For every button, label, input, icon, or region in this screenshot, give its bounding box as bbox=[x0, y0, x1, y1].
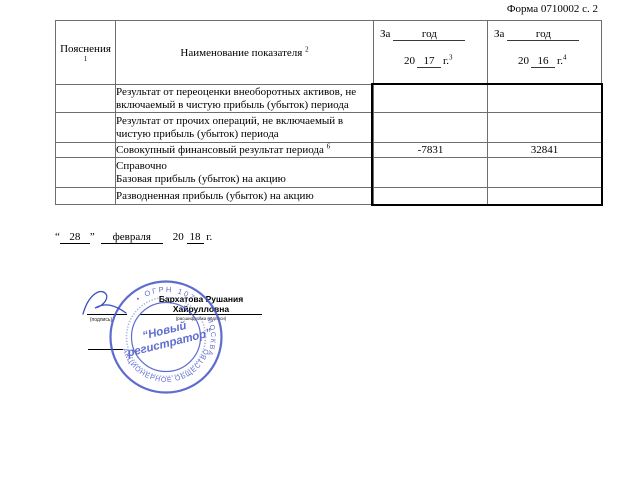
year-value: 17 bbox=[417, 55, 441, 68]
year-line-2017: 2017г.3 bbox=[374, 41, 487, 68]
date-century: 20 bbox=[173, 231, 184, 243]
document-page: Форма 0710002 с. 2 Пояснения 1 Наименова… bbox=[0, 0, 623, 489]
value-2016-cell bbox=[488, 85, 602, 113]
form-number-label: Форма 0710002 с. 2 bbox=[507, 3, 598, 15]
close-quote: ” bbox=[90, 231, 95, 243]
header-indicator-name: Наименование показателя 2 bbox=[116, 21, 374, 85]
signer-name-line2: Хайрулловна bbox=[173, 304, 229, 314]
value-2016-cell: 32841 bbox=[488, 143, 602, 158]
value-2017-cell bbox=[374, 85, 488, 113]
name-underline bbox=[140, 314, 262, 315]
footnote-marker-2: 2 bbox=[305, 45, 309, 53]
period-line-2017: Загод bbox=[374, 21, 487, 41]
explanations-cell bbox=[56, 188, 116, 205]
table-row: Результат от переоценки внеоборотных акт… bbox=[56, 85, 602, 113]
footnote-marker-3: 3 bbox=[449, 53, 453, 61]
signature-line bbox=[87, 314, 127, 315]
header-explanations-label: Пояснения bbox=[56, 43, 115, 55]
signer-name-line1: Бархатова Рушания bbox=[159, 294, 243, 304]
table-row: Совокупный финансовый результат периода … bbox=[56, 143, 602, 158]
explanations-cell bbox=[56, 85, 116, 113]
svg-text:“Новый: “Новый bbox=[141, 320, 187, 342]
stamp-company-type-text: АКЦИОНЕРНОЕ ОБЩЕСТВО bbox=[121, 348, 212, 384]
header-period-2016: Загод 2016г.4 bbox=[488, 21, 602, 85]
indicator-text: Разводненная прибыль (убыток) на акцию bbox=[116, 190, 314, 202]
signature-caption: (подпись) bbox=[78, 317, 124, 323]
year-line-2016: 2016г.4 bbox=[488, 41, 601, 68]
footnote-marker-1: 1 bbox=[56, 55, 115, 63]
value-2016-cell bbox=[488, 158, 602, 188]
value-2017-cell bbox=[374, 188, 488, 205]
table-row: Разводненная прибыль (убыток) на акцию bbox=[56, 188, 602, 205]
period-line-2016: Загод bbox=[488, 21, 601, 41]
indicator-name-cell: Результат от переоценки внеоборотных акт… bbox=[116, 85, 374, 113]
date-day: 28 bbox=[60, 231, 90, 244]
svg-text:АКЦИОНЕРНОЕ ОБЩЕСТВО: АКЦИОНЕРНОЕ ОБЩЕСТВО bbox=[121, 348, 212, 384]
stamp-city-text: МОСКВА bbox=[205, 316, 216, 357]
indicator-name-cell: Разводненная прибыль (убыток) на акцию bbox=[116, 188, 374, 205]
explanations-cell bbox=[56, 158, 116, 188]
indicator-text: Результат от переоценки внеоборотных акт… bbox=[116, 86, 356, 111]
za-label: За bbox=[380, 28, 390, 40]
date-month: февраля bbox=[101, 231, 163, 244]
footnote-marker-6: 6 bbox=[327, 143, 331, 150]
value-2016-cell bbox=[488, 188, 602, 205]
explanations-cell bbox=[56, 113, 116, 143]
date-year: 18 bbox=[187, 231, 204, 244]
table-header-row: Пояснения 1 Наименование показателя 2 За… bbox=[56, 21, 602, 85]
value-2017-cell: -7831 bbox=[374, 143, 488, 158]
indicator-text: Результат от прочих операций, не включае… bbox=[116, 115, 343, 140]
indicator-text-line2: Базовая прибыль (убыток) на акцию bbox=[116, 173, 286, 185]
stamp-center-text: “Новый регистратор” bbox=[122, 314, 213, 359]
indicator-name-cell: Результат от прочих операций, не включае… bbox=[116, 113, 374, 143]
svg-text:МОСКВА: МОСКВА bbox=[205, 316, 216, 357]
year-value: 16 bbox=[531, 55, 555, 68]
indicator-text: Совокупный финансовый результат периода bbox=[116, 144, 324, 156]
table-row: Результат от прочих операций, не включае… bbox=[56, 113, 602, 143]
indicator-name-cell: Совокупный финансовый результат периода … bbox=[116, 143, 374, 158]
za-label: За bbox=[494, 28, 504, 40]
god-underline: год bbox=[507, 28, 579, 41]
century-label: 20 bbox=[404, 55, 415, 67]
second-signature-line bbox=[88, 349, 123, 350]
financial-results-table: Пояснения 1 Наименование показателя 2 За… bbox=[55, 20, 602, 205]
value-2017-cell bbox=[374, 158, 488, 188]
header-period-2017: Загод 2017г.3 bbox=[374, 21, 488, 85]
century-label: 20 bbox=[518, 55, 529, 67]
indicator-name-cell: СправочноБазовая прибыль (убыток) на акц… bbox=[116, 158, 374, 188]
footnote-marker-4: 4 bbox=[563, 53, 567, 61]
table-row: СправочноБазовая прибыль (убыток) на акц… bbox=[56, 158, 602, 188]
svg-text:регистратор”: регистратор” bbox=[125, 327, 213, 360]
date-g-label: г. bbox=[206, 231, 212, 243]
header-explanations: Пояснения 1 bbox=[56, 21, 116, 85]
handwritten-signature bbox=[80, 287, 130, 317]
header-indicator-label: Наименование показателя bbox=[180, 47, 302, 59]
indicator-text: Справочно bbox=[116, 160, 167, 172]
explanations-cell bbox=[56, 143, 116, 158]
transcript-caption: (расшифровка подписи) bbox=[140, 316, 262, 321]
god-underline: год bbox=[393, 28, 465, 41]
value-2016-cell bbox=[488, 113, 602, 143]
signer-name: Бархатова Рушания Хайрулловна bbox=[140, 294, 262, 314]
value-2017-cell bbox=[374, 113, 488, 143]
date-line: “28”февраля20 18 г. bbox=[55, 231, 212, 244]
